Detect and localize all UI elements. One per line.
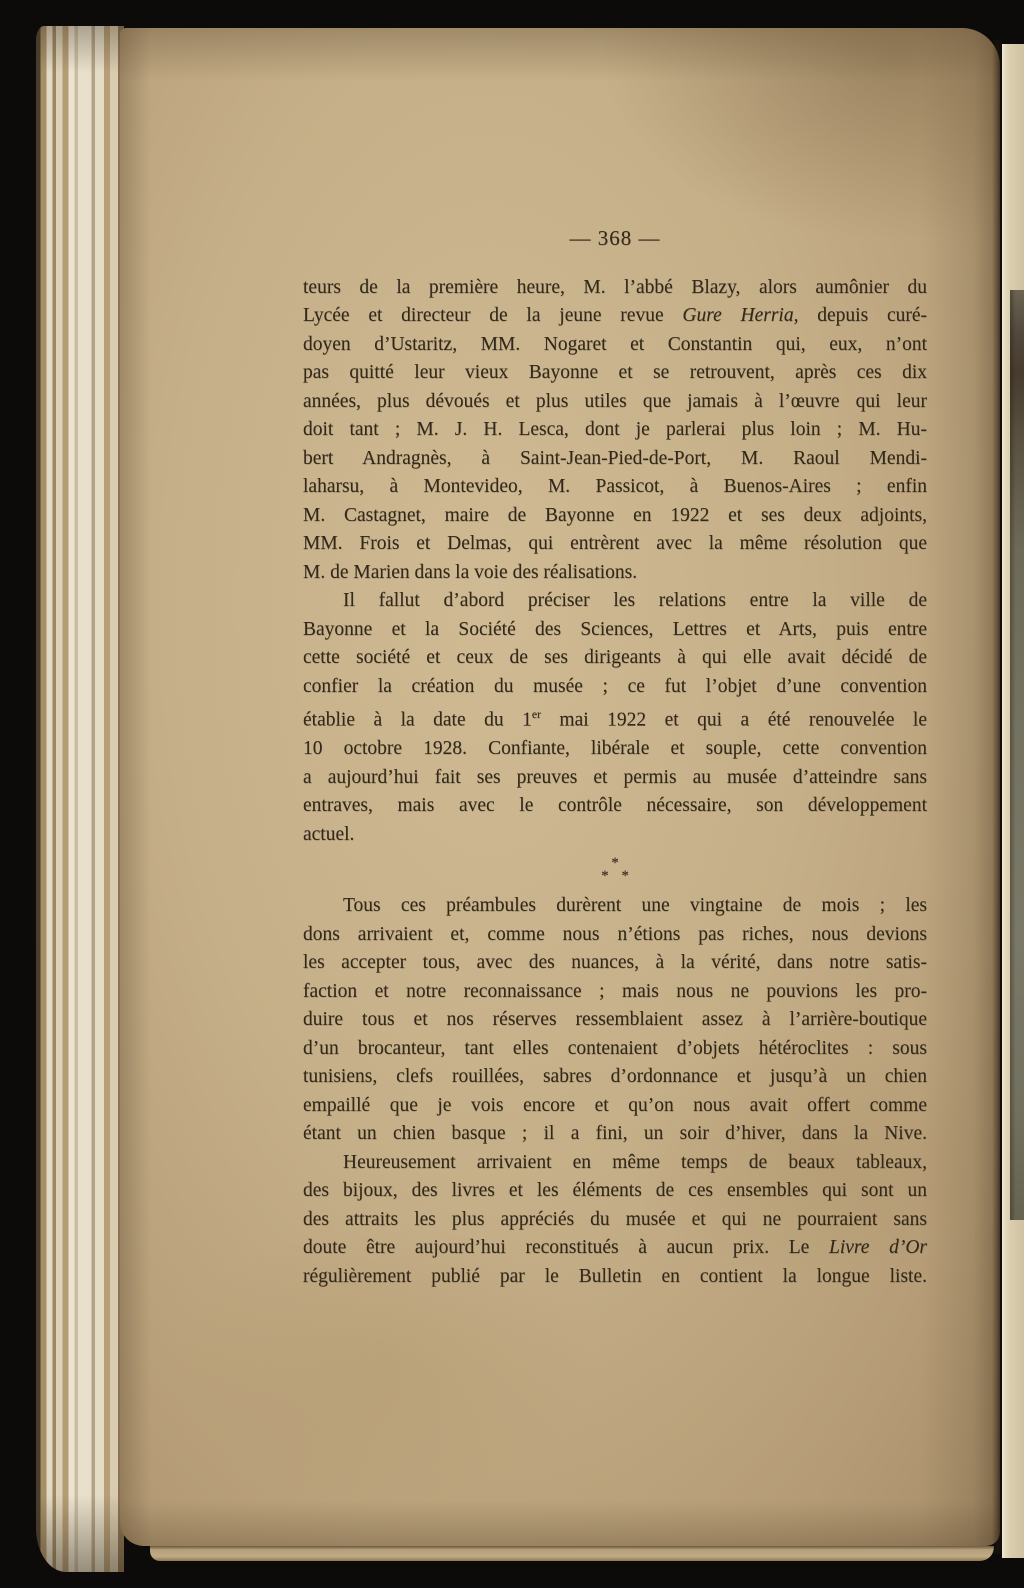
text-line: bert Andragnès, à Saint-Jean-Pied-de-Por… (303, 445, 927, 474)
gutter-shadow (992, 40, 1002, 1554)
text-line: M. Castagnet, maire de Bayonne en 1922 e… (303, 502, 927, 531)
text-line: tunisiens, clefs rouillées, sabres d’ord… (303, 1063, 927, 1092)
text-line: années, plus dévoués et plus utiles que … (303, 388, 927, 417)
next-page-photo (1010, 290, 1024, 1220)
text-line: MM. Frois et Delmas, qui entrèrent avec … (303, 530, 927, 559)
text-line: laharsu, à Montevideo, M. Passicot, à Bu… (303, 473, 927, 502)
paragraph: teurs de la première heure, M. l’abbé Bl… (303, 274, 927, 588)
text-line: doute être aujourd’hui reconstitués à au… (303, 1234, 927, 1263)
text-line: d’un brocanteur, tant elles contenaient … (303, 1035, 927, 1064)
text-line: étant un chien basque ; il a fini, un so… (303, 1120, 927, 1149)
text-line: pas quitté leur vieux Bayonne et se retr… (303, 359, 927, 388)
paragraph: Heureusement arrivaient en même temps de… (303, 1149, 927, 1292)
text-line: Bayonne et la Société des Sciences, Lett… (303, 616, 927, 645)
paragraph: Tous ces préambules durèrent une vingtai… (303, 892, 927, 1149)
paragraph: Il fallut d’abord préciser les relations… (303, 587, 927, 849)
text-line: les accepter tous, avec des nuances, à l… (303, 949, 927, 978)
text-line: M. de Marien dans la voie des réalisatio… (303, 559, 927, 588)
text-line: Il fallut d’abord préciser les relations… (303, 587, 927, 616)
asterism-star-bottom: * * (303, 870, 927, 883)
text-line: dons arrivaient et, comme nous n’étions … (303, 921, 927, 950)
text-line: cette société et ceux de ses dirigeants … (303, 644, 927, 673)
page-number: — 368 — (303, 224, 927, 253)
text-line: régulièrement publié par le Bulletin en … (303, 1263, 927, 1292)
text-line: actuel. (303, 821, 927, 850)
text-line: duire tous et nos réserves ressemblaient… (303, 1006, 927, 1035)
next-page-edge (1002, 44, 1024, 1558)
text-line: confier la création du musée ; ce fut l’… (303, 673, 927, 702)
text-line: établie à la date du 1er mai 1922 et qui… (303, 701, 927, 735)
page-stack-left-edges (36, 26, 124, 1572)
page-body-text: teurs de la première heure, M. l’abbé Bl… (303, 274, 927, 1292)
text-line: 10 octobre 1928. Confiante, libérale et … (303, 735, 927, 764)
text-line: Lycée et directeur de la jeune revue Gur… (303, 302, 927, 331)
text-line: doyen d’Ustaritz, MM. Nogaret et Constan… (303, 331, 927, 360)
page-under-edge (150, 1546, 994, 1561)
text-line: des bijoux, des livres et les éléments d… (303, 1177, 927, 1206)
text-line: teurs de la première heure, M. l’abbé Bl… (303, 274, 927, 303)
text-line: Heureusement arrivaient en même temps de… (303, 1149, 927, 1178)
text-line: empaillé que je vois encore et qu’on nou… (303, 1092, 927, 1121)
text-line: des attraits les plus appréciés du musée… (303, 1206, 927, 1235)
page-text-layer: — 368 — teurs de la première heure, M. l… (303, 224, 927, 1291)
book-scan: { "palette": { "background": "#0c0b09", … (0, 0, 1024, 1588)
text-line: entraves, mais avec le contrôle nécessai… (303, 792, 927, 821)
text-line: a aujourd’hui fait ses preuves et permis… (303, 764, 927, 793)
text-line: Tous ces préambules durèrent une vingtai… (303, 892, 927, 921)
asterism: ** * (303, 857, 927, 883)
text-line: faction et notre reconnaissance ; mais n… (303, 978, 927, 1007)
text-line: doit tant ; M. J. H. Lesca, dont je parl… (303, 416, 927, 445)
